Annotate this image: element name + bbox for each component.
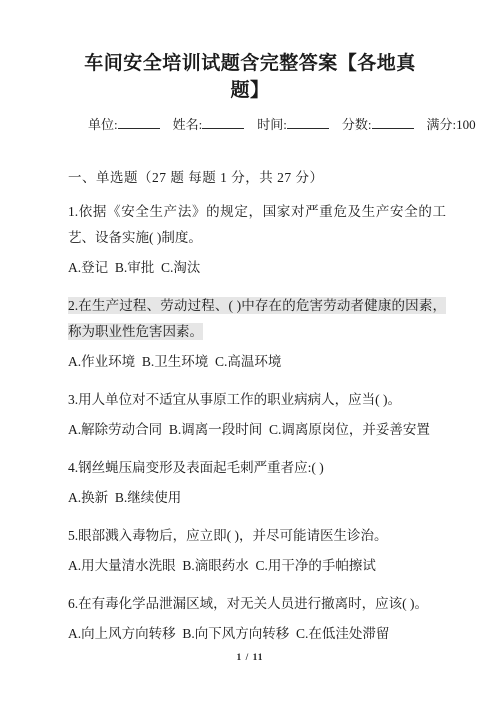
question-block-2: 2.在生产过程、劳动过程、( )中存在的危害劳动者健康的因素，称为职业性危害因素… xyxy=(68,293,446,375)
highlighted-text: 2.在生产过程、劳动过程、( )中存在的危害劳动者健康的因素，称为职业性危害因素… xyxy=(68,297,446,340)
question-options: A.向上风方向转移 B.向下风方向转移 C.在低洼处滞留 xyxy=(68,621,446,647)
question-text: 1.依据《安全生产法》的规定，国家对严重危及生产安全的工艺、设备实施( )制度。 xyxy=(68,199,446,251)
name-label: 姓名: xyxy=(173,116,203,133)
question-text: 6.在有毒化学品泄漏区域，对无关人员进行撤离时，应该( )。 xyxy=(68,591,446,617)
unit-label: 单位: xyxy=(88,116,118,133)
question-text: 2.在生产过程、劳动过程、( )中存在的危害劳动者健康的因素，称为职业性危害因素… xyxy=(68,293,446,345)
question-options: A.登记 B.审批 C.淘汰 xyxy=(68,255,446,281)
name-blank xyxy=(202,116,244,129)
full-score-label: 满分:100 xyxy=(427,116,476,133)
question-block-1: 1.依据《安全生产法》的规定，国家对严重危及生产安全的工艺、设备实施( )制度。… xyxy=(68,199,446,281)
question-block-6: 6.在有毒化学品泄漏区域，对无关人员进行撤离时，应该( )。 A.向上风方向转移… xyxy=(68,591,446,647)
page-number: 1 / 11 xyxy=(0,653,500,663)
question-text: 5.眼部溅入毒物后，应立即( )，并尽可能请医生诊治。 xyxy=(68,523,446,549)
document-page: 车间安全培训试题含完整答案【各地真题】 单位:姓名:时间:分数:满分:100 一… xyxy=(0,0,500,707)
page-title: 车间安全培训试题含完整答案【各地真题】 xyxy=(74,50,426,104)
question-text: 3.用人单位对不适宜从事原工作的职业病病人，应当( )。 xyxy=(68,387,446,413)
time-label: 时间: xyxy=(257,116,287,133)
question-options: A.换新 B.继续使用 xyxy=(68,485,446,511)
question-options: A.解除劳动合同 B.调离一段时间 C.调离原岗位，并妥善安置 xyxy=(68,417,446,443)
question-list: 1.依据《安全生产法》的规定，国家对严重危及生产安全的工艺、设备实施( )制度。… xyxy=(68,199,446,647)
time-blank xyxy=(287,116,329,129)
score-blank xyxy=(372,116,414,129)
unit-blank xyxy=(118,116,160,129)
exam-info-line: 单位:姓名:时间:分数:满分:100 xyxy=(88,116,500,133)
score-label: 分数: xyxy=(342,116,372,133)
question-options: A.作业环境 B.卫生环境 C.高温环境 xyxy=(68,349,446,375)
question-block-4: 4.钢丝蝇压扁变形及表面起毛刺严重者应:( ) A.换新 B.继续使用 xyxy=(68,455,446,511)
section-heading: 一、单选题（27 题 每题 1 分，共 27 分） xyxy=(68,169,500,187)
question-text: 4.钢丝蝇压扁变形及表面起毛刺严重者应:( ) xyxy=(68,455,446,481)
question-block-5: 5.眼部溅入毒物后，应立即( )，并尽可能请医生诊治。 A.用大量清水洗眼 B.… xyxy=(68,523,446,579)
question-options: A.用大量清水洗眼 B.滴眼药水 C.用干净的手帕擦试 xyxy=(68,553,446,579)
question-block-3: 3.用人单位对不适宜从事原工作的职业病病人，应当( )。 A.解除劳动合同 B.… xyxy=(68,387,446,443)
